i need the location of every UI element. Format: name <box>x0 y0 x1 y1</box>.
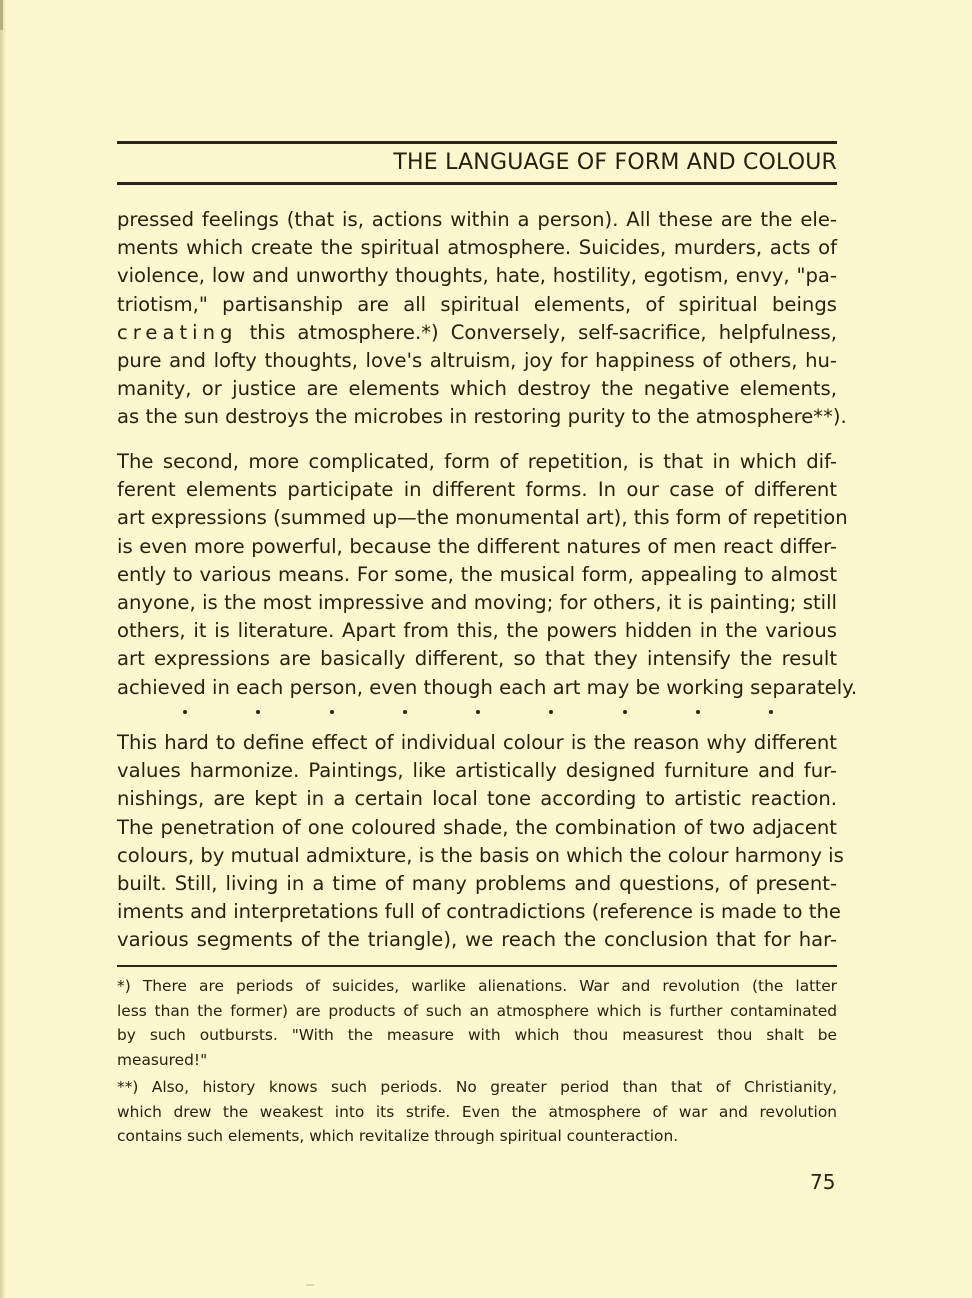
text-line: manity, or justice are elements which de… <box>117 375 837 403</box>
footnote-line: measured!" <box>117 1048 837 1073</box>
dot <box>330 710 334 714</box>
footnote-line: **) Also, history knows such periods. No… <box>117 1075 837 1100</box>
footnote-line: *) There are periods of suicides, warlik… <box>117 974 837 999</box>
text-line: anyone, is the most impressive and movin… <box>117 589 837 617</box>
binding-mark <box>0 0 3 30</box>
text-line: values harmonize. Paintings, like artist… <box>117 757 837 785</box>
page-edge-shadow <box>0 0 6 1298</box>
text-line: nishings, are kept in a certain local to… <box>117 785 837 813</box>
dot <box>183 710 187 714</box>
text-line: ments which create the spiritual atmosph… <box>117 234 837 262</box>
text-line: pure and lofty thoughts, love's altruism… <box>117 347 837 375</box>
paragraph-3: This hard to define effect of individual… <box>117 729 837 955</box>
dot <box>403 710 407 714</box>
dot <box>549 710 553 714</box>
text-line: is even more powerful, because the diffe… <box>117 533 837 561</box>
text-line: art expressions (summed up—the monumenta… <box>117 504 837 532</box>
text-line: The penetration of one coloured shade, t… <box>117 814 837 842</box>
text-line: iments and interpretations full of contr… <box>117 898 837 926</box>
footnote-1: *) There are periods of suicides, warlik… <box>117 974 837 1072</box>
dot <box>256 710 260 714</box>
footnote-2: **) Also, history knows such periods. No… <box>117 1075 837 1149</box>
running-title: THE LANGUAGE OF FORM AND COLOUR <box>393 150 837 175</box>
text-line: colours, by mutual admixture, is the bas… <box>117 842 837 870</box>
paragraph-2: The second, more complicated, form of re… <box>117 448 837 702</box>
text-line: ferent elements participate in different… <box>117 476 837 504</box>
text-line: various segments of the triangle), we re… <box>117 926 837 954</box>
text-line: achieved in each person, even though eac… <box>117 674 837 702</box>
text-line: ently to various means. For some, the mu… <box>117 561 837 589</box>
footnote-separator <box>117 965 837 967</box>
text-line: art expressions are basically different,… <box>117 645 837 673</box>
footnote-line: by such outbursts. "With the measure wit… <box>117 1023 837 1048</box>
text-line: This hard to define effect of individual… <box>117 729 837 757</box>
page-number: 75 <box>810 1170 835 1194</box>
text-line: violence, low and unworthy thoughts, hat… <box>117 262 837 290</box>
footnote-line: less than the former) are products of su… <box>117 999 837 1024</box>
section-break-dots <box>183 710 773 720</box>
text-line-remainder: this atmosphere.*) Conversely, self-sacr… <box>250 321 837 344</box>
header-rule-top <box>117 141 837 144</box>
running-header: THE LANGUAGE OF FORM AND COLOUR <box>117 141 837 185</box>
paragraph-1: pressed feelings (that is, actions withi… <box>117 206 837 432</box>
text-line: built. Still, living in a time of many p… <box>117 870 837 898</box>
paper-speck <box>306 1284 314 1286</box>
dot <box>696 710 700 714</box>
text-line: pressed feelings (that is, actions withi… <box>117 206 837 234</box>
header-rule-bottom <box>117 182 837 185</box>
footnote-line: which drew the weakest into its strife. … <box>117 1100 837 1125</box>
text-line: as the sun destroys the microbes in rest… <box>117 403 837 431</box>
emphasized-word: creating <box>117 321 237 344</box>
dot <box>769 710 773 714</box>
text-line: others, it is literature. Apart from thi… <box>117 617 837 645</box>
dot <box>623 710 627 714</box>
text-line: triotism," partisanship are all spiritua… <box>117 291 837 319</box>
footnote-line: contains such elements, which revitalize… <box>117 1124 837 1149</box>
dot <box>476 710 480 714</box>
text-line-with-emphasis: creating this atmosphere.*) Conversely, … <box>117 319 837 347</box>
text-line: The second, more complicated, form of re… <box>117 448 837 476</box>
